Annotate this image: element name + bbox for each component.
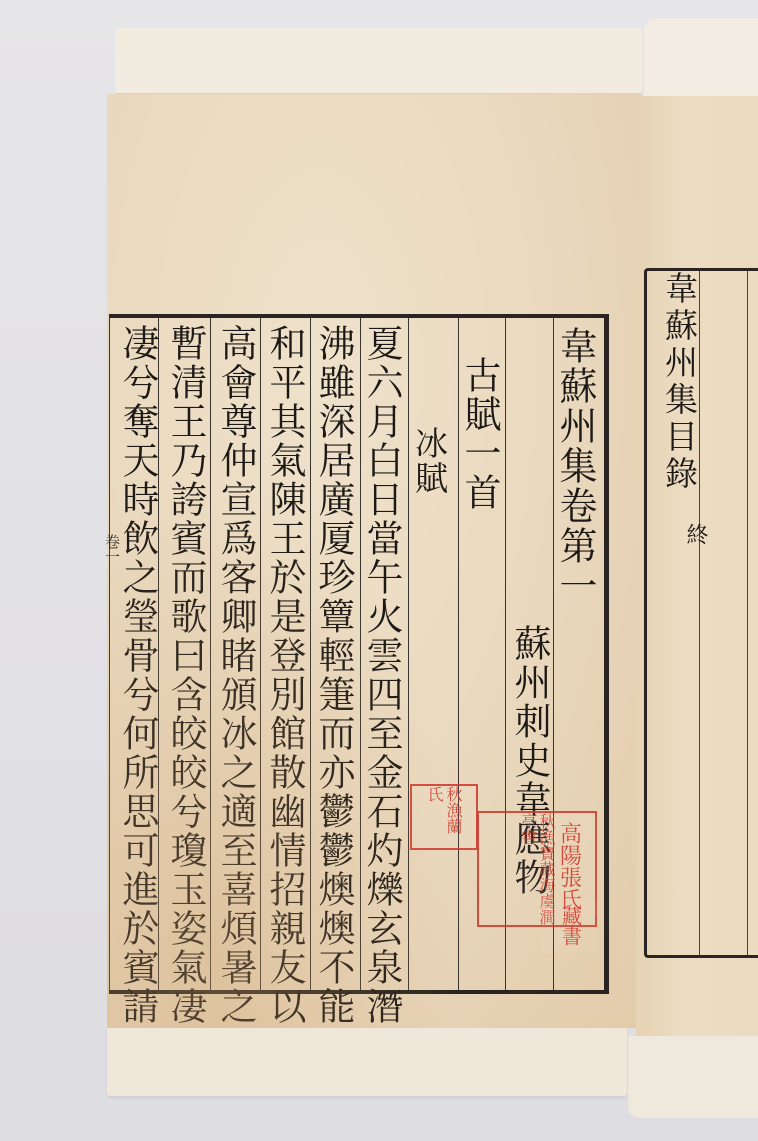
collector-seal-medium: 秋漁寶藏海虞澗亭書 bbox=[477, 811, 597, 927]
volume-cover-bottom-edge bbox=[628, 1036, 758, 1118]
body-text-column-6: 凄兮奪天時飲之瑩骨兮何所思可進於賓請 bbox=[115, 324, 159, 1026]
section-heading: 古賦一首 bbox=[457, 356, 501, 512]
end-mark: 終 bbox=[680, 523, 711, 545]
column-rule bbox=[360, 318, 361, 990]
volume-cover-bottom-edge bbox=[107, 1028, 627, 1096]
book-volume-left: 卷一 韋蘇州集卷第一 蘇州刺史韋應物 古賦一首 冰賦 夏六月白日當午火雲四至金石… bbox=[107, 28, 642, 1096]
column-rule bbox=[158, 318, 159, 990]
volume-cover-top-edge bbox=[115, 28, 642, 94]
column-rule bbox=[505, 318, 506, 990]
body-text-column-4: 高會尊仲宣爲客卿睹頒冰之適至喜煩暑之 bbox=[213, 324, 257, 1026]
table-of-contents-title: 韋蘇州集目錄 bbox=[659, 271, 699, 493]
seal-text: 高陽張氏 bbox=[560, 822, 579, 910]
author-line: 蘇州刺史韋應物 bbox=[507, 624, 551, 897]
body-text-column-1: 夏六月白日當午火雲四至金石灼爍玄泉潛 bbox=[359, 324, 403, 1026]
collector-seal-tall: 高陽張氏 bbox=[539, 816, 599, 916]
body-text-column-3: 和平其氣陳王於是登別館散幽情招親友以 bbox=[262, 324, 306, 1026]
seal-text: 秋漁蘭氏 bbox=[425, 786, 463, 848]
printed-text-block-frame bbox=[109, 314, 609, 994]
column-rule bbox=[699, 271, 700, 955]
book-volume-right: 韋蘇州集目錄 終 bbox=[626, 18, 758, 1118]
book-page-right: 韋蘇州集目錄 終 bbox=[636, 96, 758, 1036]
fold-margin-mark: 卷一 bbox=[107, 534, 123, 594]
column-rule bbox=[310, 318, 311, 990]
column-rule bbox=[553, 318, 554, 990]
seal-text: 秋漁寶藏海虞澗亭書 bbox=[519, 813, 555, 925]
piece-title: 冰賦 bbox=[407, 426, 451, 496]
volume-cover-top-edge bbox=[644, 18, 758, 96]
printed-text-block-frame: 韋蘇州集目錄 終 bbox=[644, 268, 758, 958]
collector-seal-small: 秋漁蘭氏 bbox=[410, 784, 478, 850]
column-rule bbox=[210, 318, 211, 990]
body-text-column-5: 暫清王乃誇賓而歌曰含皎皎兮瓊玉姿氣凄 bbox=[163, 324, 207, 1026]
collector-seal-bottom: 藏書 bbox=[542, 899, 598, 953]
volume-title-column: 韋蘇州集卷第一 bbox=[553, 326, 597, 606]
column-rule bbox=[408, 318, 409, 990]
seal-text: 藏書 bbox=[561, 906, 580, 946]
book-page-left: 卷一 韋蘇州集卷第一 蘇州刺史韋應物 古賦一首 冰賦 夏六月白日當午火雲四至金石… bbox=[107, 94, 642, 1028]
column-rule bbox=[747, 271, 748, 955]
body-text-column-2: 沸雖深居廣厦珍簟輕箑而亦鬱鬱燠燠不能 bbox=[311, 324, 355, 1026]
column-rule bbox=[458, 318, 459, 990]
column-rule bbox=[260, 318, 261, 990]
